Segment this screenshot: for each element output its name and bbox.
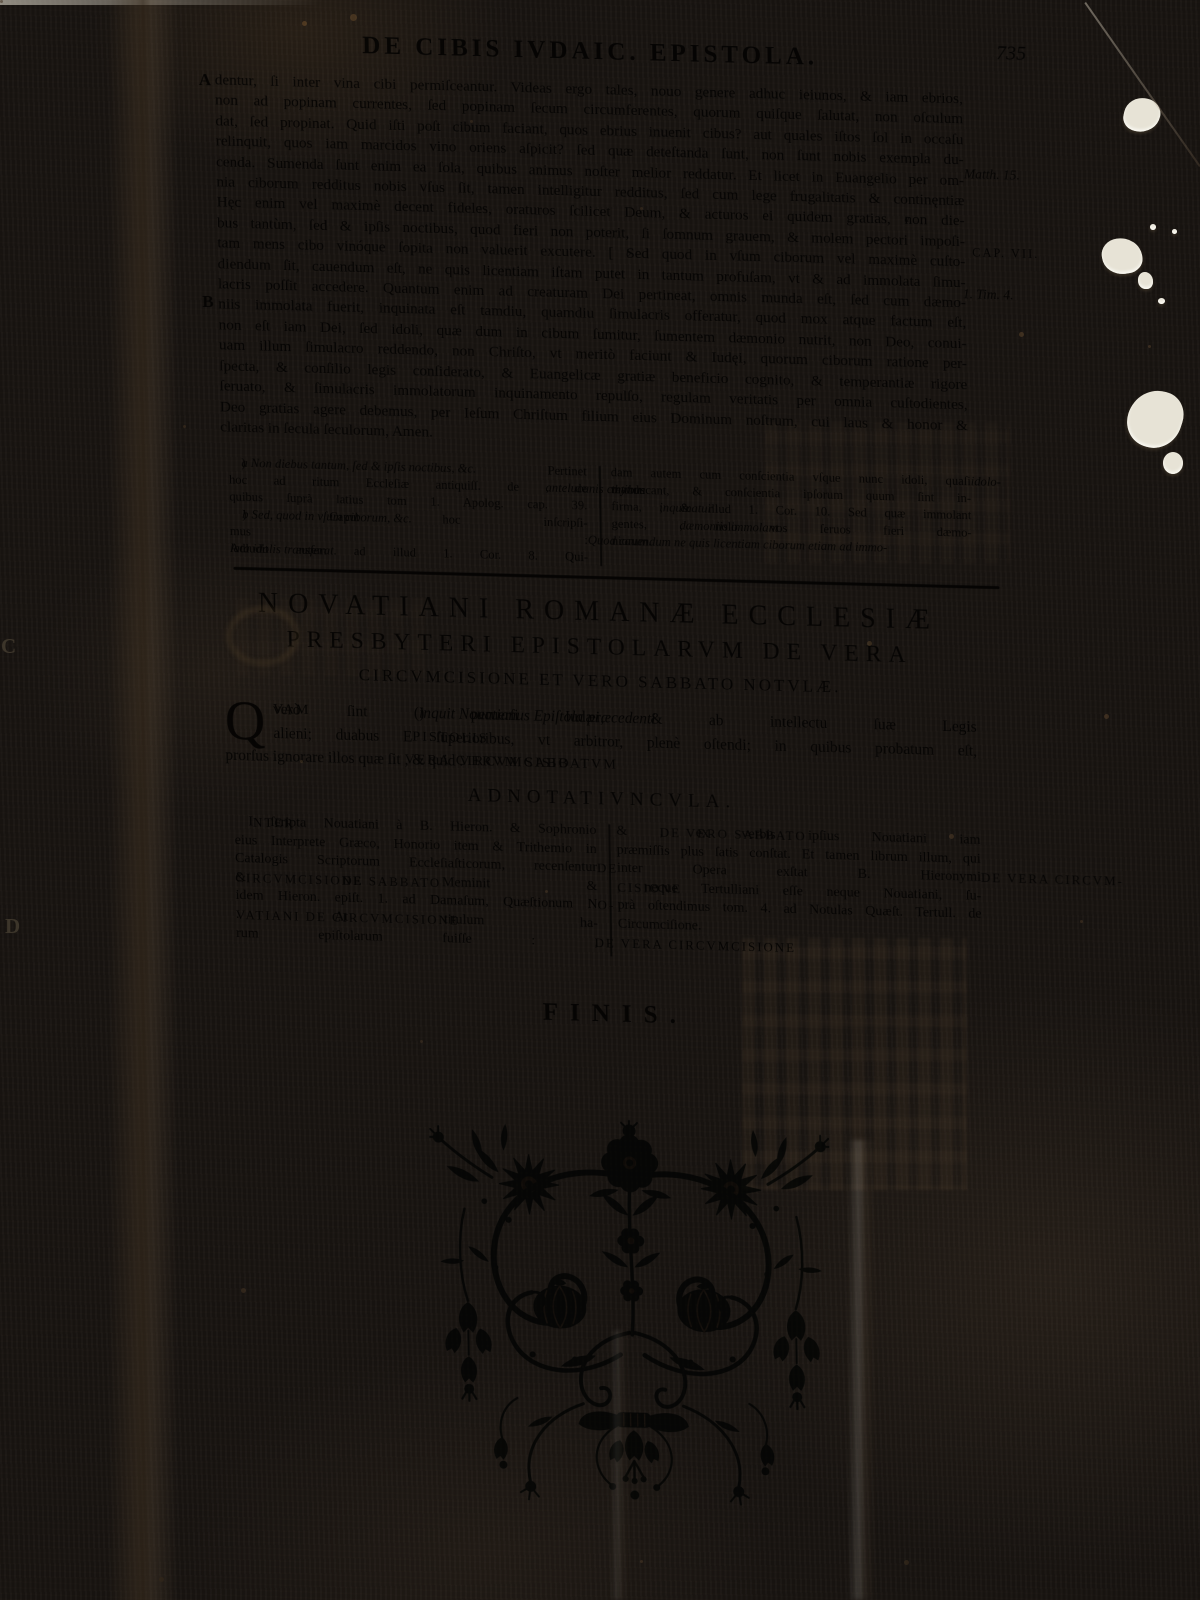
paper-damage-spot <box>1163 452 1183 474</box>
footnote-column-right: dam autem cum conſcientia vſque nunc ido… <box>611 464 972 558</box>
paper-damage-spot <box>1100 235 1145 276</box>
paper-damage-spot <box>1138 272 1153 289</box>
paper-damage-spot <box>1158 298 1165 304</box>
adnotatiuncula-column-left: Inter ſcripta Nouatiani à B. Hieron. & S… <box>234 813 598 952</box>
book-page-photo: C D ſneosſ,n DE CIBIS IVDAIC. EPISTOLA. … <box>0 0 1200 1600</box>
body-text: dentur, ſi inter vina cibi permiſceantur… <box>215 70 969 456</box>
section-paragraph: Q vam verò ſint (inquit Nouatianus Epiſt… <box>224 697 977 787</box>
page-number: 735 <box>996 42 1026 66</box>
adnotatiuncula-column-right: & de vero Sabbato, ex verbis ipſius Noua… <box>616 823 982 944</box>
facing-page-letter-d: D <box>5 914 20 939</box>
paper-damage-spot <box>1172 229 1177 234</box>
facing-page-letter-c: C <box>1 634 16 659</box>
corner-crease <box>1084 2 1200 167</box>
adnotatiuncula-title: ADNOTATIVNCVLA. <box>212 778 992 820</box>
printed-page-content: DE CIBIS IVDAIC. EPISTOLA. 735 A B dentu… <box>200 30 1024 1591</box>
drop-cap-q: Q <box>224 699 265 744</box>
paper-damage-spot <box>1120 383 1189 455</box>
paper-damage-spot <box>1150 224 1156 230</box>
section-divider-rule <box>233 567 999 589</box>
footnote-column-left: a Non diebus tantum, ſed & ipſis noctibu… <box>229 455 589 566</box>
foxing-specks <box>0 0 3 3</box>
paragraph-letter-a: A <box>199 70 212 90</box>
finis-label: FINIS. <box>225 991 1005 1039</box>
running-head: DE CIBIS IVDAIC. EPISTOLA. <box>200 28 980 76</box>
stain-ring <box>226 606 300 666</box>
book-gutter-shadow <box>108 0 178 1600</box>
section-paragraph-lines: vam verò ſint (inquit Nouatianus Epiſtol… <box>224 697 977 787</box>
paragraph-letter-b: B <box>202 292 214 312</box>
paper-damage-spot <box>1121 95 1163 136</box>
page-top-edge-highlight <box>0 0 320 5</box>
tailpiece-ornament <box>429 1114 835 1524</box>
